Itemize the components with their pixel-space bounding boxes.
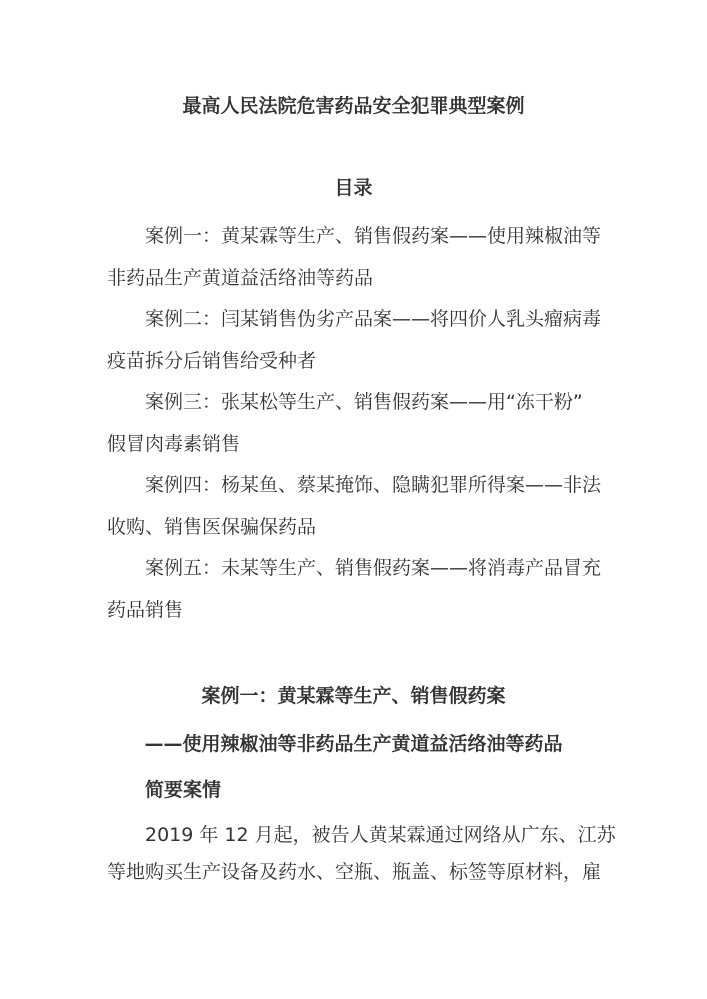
document-page: 最高人民法院危害药品安全犯罪典型案例 目录 案例一：黄某霖等生产、销售假药案——… bbox=[0, 0, 707, 999]
toc-item-line: 药品销售 bbox=[107, 598, 183, 622]
case-subheading: ——使用辣椒油等非药品生产黄道益活络油等药品 bbox=[0, 732, 707, 756]
section-title: 简要案情 bbox=[145, 778, 221, 802]
toc-item-line: 案例四：杨某鱼、蔡某掩饰、隐瞒犯罪所得案——非法 bbox=[145, 473, 601, 497]
case-heading: 案例一：黄某霖等生产、销售假药案 bbox=[0, 684, 707, 708]
toc-item-line: 收购、销售医保骗保药品 bbox=[107, 515, 316, 539]
toc-item-line: 疫苗拆分后销售给受种者 bbox=[107, 349, 316, 373]
toc-item-line: 假冒肉毒素销售 bbox=[107, 432, 240, 456]
toc-item-line: 案例五：未某等生产、销售假药案——将消毒产品冒充 bbox=[145, 556, 601, 580]
body-paragraph-line: 2019 年 12 月起，被告人黄某霖通过网络从广东、江苏 bbox=[145, 823, 616, 847]
toc-item-line: 案例一：黄某霖等生产、销售假药案——使用辣椒油等 bbox=[145, 224, 601, 248]
toc-item-line: 非药品生产黄道益活络油等药品 bbox=[107, 266, 373, 290]
document-title: 最高人民法院危害药品安全犯罪典型案例 bbox=[0, 94, 707, 118]
toc-item-line: 案例三：张某松等生产、销售假药案——用“冻干粉” bbox=[145, 390, 583, 414]
body-paragraph-line: 等地购买生产设备及药水、空瓶、瓶盖、标签等原材料，雇 bbox=[107, 860, 601, 884]
toc-heading: 目录 bbox=[0, 176, 707, 200]
toc-item-line: 案例二：闫某销售伪劣产品案——将四价人乳头瘤病毒 bbox=[145, 307, 601, 331]
